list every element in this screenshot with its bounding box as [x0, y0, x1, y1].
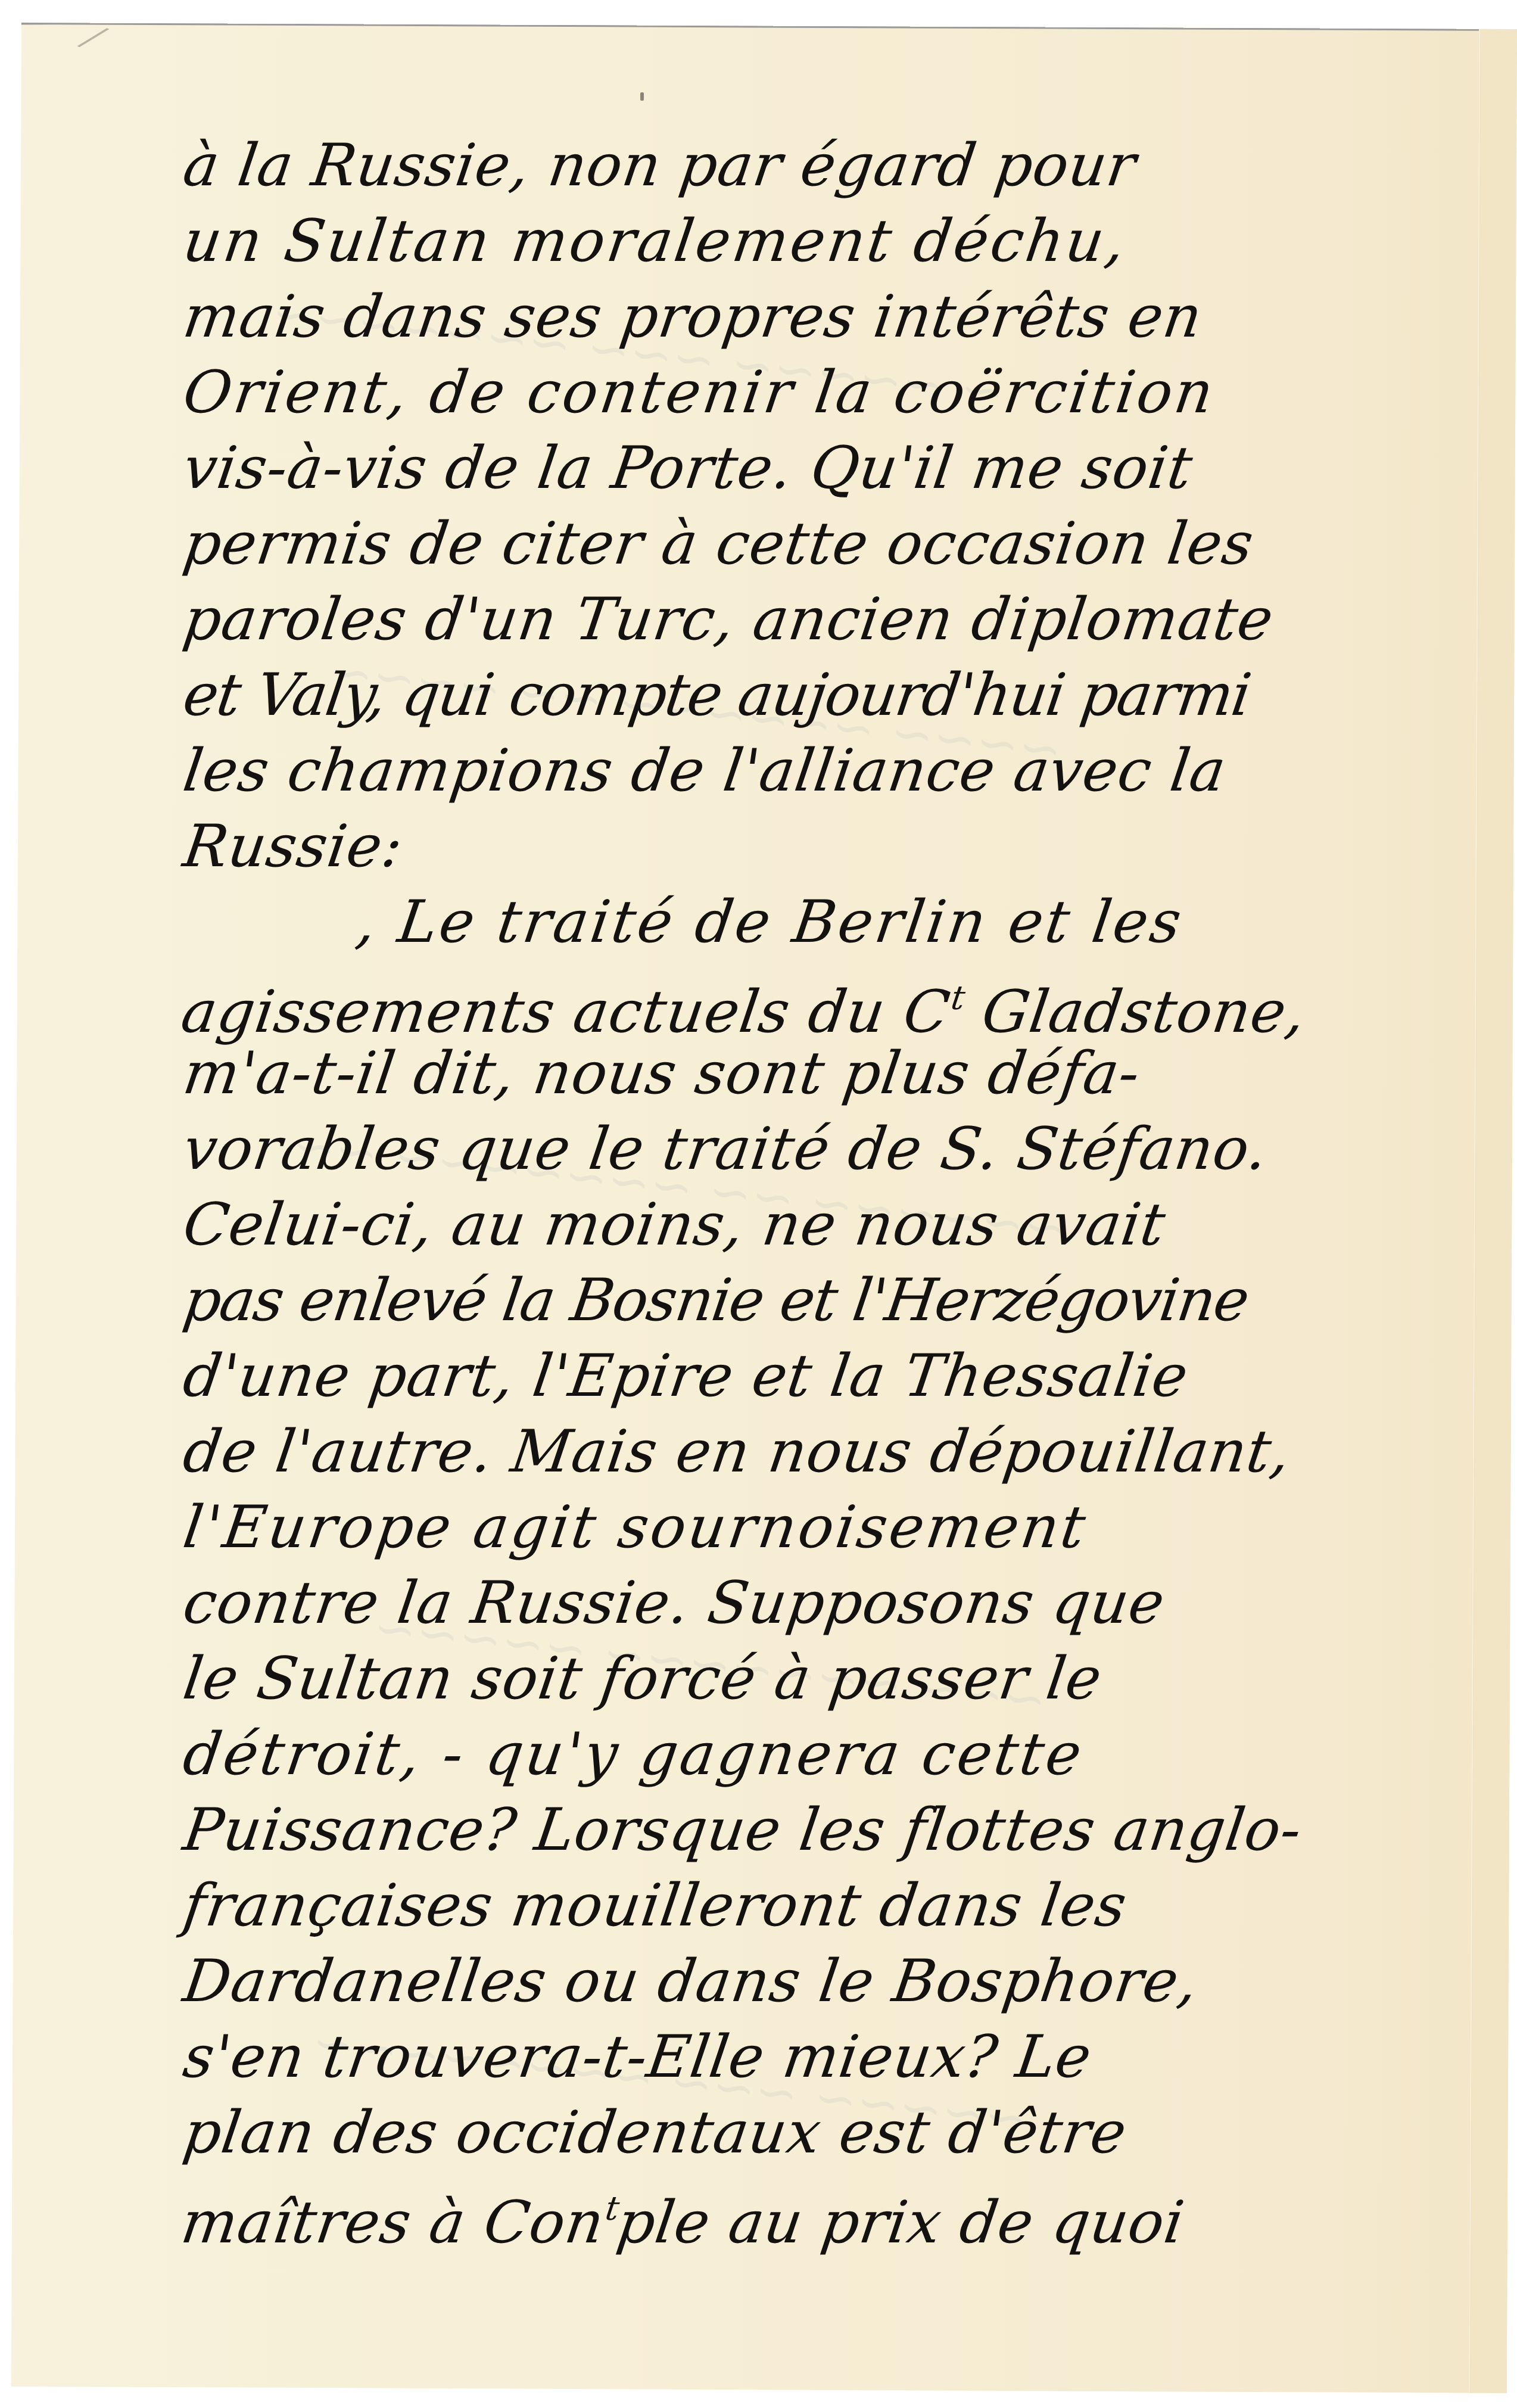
scanned-page: ~ ~~~~~ ~~~ ~~~~~~~ ~~~~ ~~~~~~ ~~ ~~~~ …	[0, 0, 1517, 2408]
text-line: Puissance? Lorsque les flottes anglo-	[179, 1793, 1416, 1868]
ink-dot	[640, 92, 644, 101]
text-line: Celui-ci, au moins, ne nous avait	[179, 1187, 1416, 1263]
text-line: vis-à-vis de la Porte. Qu'il me soit	[179, 431, 1416, 506]
quote-opening-line: ‚ Le traité de Berlin et les	[179, 885, 1416, 960]
text-fragment: ple au prix de quoi	[613, 2189, 1188, 2257]
text-line: françaises mouilleront dans les	[179, 1868, 1416, 1944]
text-line: Dardanelles ou dans le Bosphore,	[179, 1944, 1416, 2020]
text-line: pas enlevé la Bosnie et l'Herzégovine	[179, 1263, 1416, 1339]
text-line: paroles d'un Turc, ancien diplomate	[179, 582, 1416, 658]
text-line: un Sultan moralement déchu,	[179, 204, 1416, 279]
text-line: d'une part, l'Epire et la Thessalie	[179, 1339, 1416, 1414]
text-line: plan des occidentaux est d'être	[179, 2095, 1416, 2171]
text-line: le Sultan soit forcé à passer le	[179, 1641, 1416, 1717]
text-line: mais dans ses propres intérêts en	[179, 279, 1416, 355]
text-line: agissements actuels du Ct Gladstone,	[179, 960, 1416, 1036]
text-line: détroit, - qu'y gagnera cette	[179, 1717, 1416, 1793]
text-line: permis de citer à cette occasion les	[179, 506, 1416, 582]
text-line: de l'autre. Mais en nous dépouillant,	[179, 1414, 1416, 1490]
text-line: Russie:	[179, 809, 1416, 885]
text-line: à la Russie, non par égard pour	[179, 128, 1416, 204]
handwritten-text-body: à la Russie, non par égard pour un Sulta…	[179, 128, 1406, 2247]
text-line: s'en trouvera-t-Elle mieux? Le	[179, 2020, 1416, 2095]
text-line: Orient, de contenir la coërcition	[179, 355, 1416, 431]
text-line: m'a-t-il dit, nous sont plus défa-	[179, 1036, 1416, 1112]
text-line: maîtres à Contple au prix de quoi	[179, 2171, 1416, 2247]
text-line: et Valy, qui compte aujourd'hui parmi	[179, 658, 1416, 733]
text-line: vorables que le traité de S. Stéfano.	[179, 1112, 1416, 1187]
text-fragment: maîtres à Con	[177, 2189, 609, 2257]
text-line: les champions de l'alliance avec la	[179, 733, 1416, 809]
text-line: l'Europe agit sournoisement	[179, 1490, 1416, 1566]
text-line: contre la Russie. Supposons que	[179, 1566, 1416, 1641]
